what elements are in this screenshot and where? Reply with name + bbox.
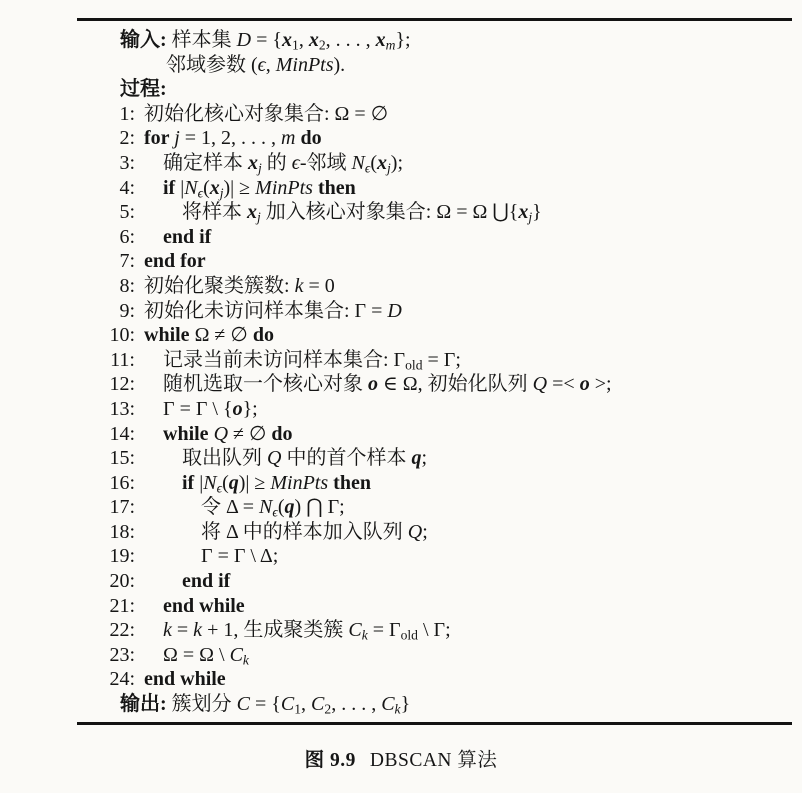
- text-segment: 邻域参数 (: [166, 54, 258, 76]
- line-content: 取出队列 Q 中的首个样本 q;: [144, 446, 427, 471]
- line-number: 16:: [77, 471, 144, 496]
- algo-row: 22:k = k + 1, 生成聚类簇 Ck = Γold \ Γ;: [77, 618, 792, 643]
- line-content: while Ω ≠ ∅ do: [144, 323, 274, 348]
- text-segment: 将 Δ 中的样本加入队列: [201, 521, 408, 543]
- line-number: 8:: [77, 274, 144, 299]
- text-segment: o: [580, 373, 590, 395]
- text-segment: C: [237, 693, 250, 715]
- text-segment: k: [243, 652, 249, 667]
- text-segment: D: [237, 29, 251, 51]
- text-segment: if: [182, 472, 199, 494]
- text-segment: q: [411, 447, 421, 469]
- algo-row: 10:while Ω ≠ ∅ do: [77, 323, 792, 348]
- text-segment: 输入:: [120, 29, 172, 51]
- algo-row: 19:Γ = Γ \ Δ;: [77, 544, 792, 569]
- text-segment: do: [295, 127, 321, 149]
- line-content: 邻域参数 (ϵ, MinPts).: [77, 53, 345, 78]
- text-segment: ).: [334, 54, 346, 76]
- text-segment: do: [271, 423, 292, 445]
- text-segment: MinPts: [276, 54, 334, 76]
- text-segment: ,: [299, 29, 309, 51]
- line-content: 随机选取一个核心对象 o ∈ Ω, 初始化队列 Q =< o >;: [144, 372, 612, 397]
- line-number: 20:: [77, 569, 144, 594]
- text-segment: N: [203, 472, 216, 494]
- algo-row: 输入: 样本集 D = {x1, x2, . . . , xm};: [77, 28, 792, 53]
- text-segment: ) ⋂ Γ;: [295, 496, 345, 518]
- text-segment: N: [184, 177, 197, 199]
- text-segment: = 0: [303, 275, 334, 297]
- text-segment: do: [253, 324, 274, 346]
- algo-row: 过程:: [77, 77, 792, 102]
- line-number: 11:: [77, 348, 144, 373]
- algo-row: 5:将样本 xj 加入核心对象集合: Ω = Ω ⋃{xj}: [77, 200, 792, 225]
- algo-row: 12:随机选取一个核心对象 o ∈ Ω, 初始化队列 Q =< o >;: [77, 372, 792, 397]
- text-segment: ϵ: [292, 152, 300, 174]
- line-number: 6:: [77, 225, 144, 250]
- line-number: 7:: [77, 249, 144, 274]
- text-segment: + 1, 生成聚类簇: [202, 619, 348, 641]
- text-segment: then: [328, 472, 371, 494]
- text-segment: \ Γ;: [418, 619, 451, 641]
- text-segment: m: [386, 37, 396, 52]
- text-segment: = Γ: [368, 619, 401, 641]
- algo-row: 输出: 簇划分 C = {C1, C2, . . . , Ck}: [77, 692, 792, 717]
- text-segment: ≠ ∅: [228, 423, 271, 445]
- text-segment: C: [348, 619, 361, 641]
- text-segment: ,: [266, 54, 276, 76]
- text-segment: 加入核心对象集合: Ω = Ω ⋃{: [261, 201, 519, 223]
- text-segment: x: [248, 152, 258, 174]
- text-segment: q: [229, 472, 239, 494]
- text-segment: Q: [267, 447, 281, 469]
- text-segment: 2: [319, 37, 326, 52]
- line-content: 将 Δ 中的样本加入队列 Q;: [144, 520, 428, 545]
- line-number: 17:: [77, 495, 144, 520]
- text-segment: N: [259, 496, 272, 518]
- text-segment: Ω = Ω \: [163, 644, 230, 666]
- line-number: 9:: [77, 299, 144, 324]
- text-segment: end for: [144, 250, 206, 272]
- text-segment: x: [377, 152, 387, 174]
- algo-row: 11:记录当前未访问样本集合: Γold = Γ;: [77, 348, 792, 373]
- text-segment: (: [203, 177, 210, 199]
- text-segment: end while: [144, 668, 226, 690]
- text-segment: 初始化未访问样本集合: Γ =: [144, 300, 387, 322]
- text-segment: = 1, 2, . . . ,: [180, 127, 281, 149]
- text-segment: Q: [533, 373, 547, 395]
- text-segment: = Γ;: [423, 349, 461, 371]
- text-segment: if: [163, 177, 180, 199]
- line-number: 23:: [77, 643, 144, 668]
- text-segment: (: [278, 496, 285, 518]
- text-segment: 的: [262, 152, 292, 174]
- figure-title: DBSCAN 算法: [370, 750, 497, 771]
- text-segment: );: [391, 152, 403, 174]
- text-segment: end if: [163, 226, 211, 248]
- algo-row: 8:初始化聚类簇数: k = 0: [77, 274, 792, 299]
- algo-row: 21:end while: [77, 594, 792, 619]
- text-segment: =: [172, 619, 193, 641]
- text-segment: Γ = Γ \ {: [163, 398, 233, 420]
- line-number: 1:: [77, 102, 144, 127]
- text-segment: 样本集: [172, 29, 237, 51]
- text-segment: end if: [182, 570, 230, 592]
- text-segment: end while: [163, 595, 245, 617]
- algo-row: 18:将 Δ 中的样本加入队列 Q;: [77, 520, 792, 545]
- text-segment: (: [222, 472, 229, 494]
- algo-row: 15:取出队列 Q 中的首个样本 q;: [77, 446, 792, 471]
- line-number: 2:: [77, 126, 144, 151]
- algo-row: 24:end while: [77, 667, 792, 692]
- text-segment: o: [368, 373, 378, 395]
- line-content: end while: [144, 667, 226, 692]
- line-content: end if: [144, 225, 211, 250]
- text-segment: ;: [422, 521, 428, 543]
- algo-row: 邻域参数 (ϵ, MinPts).: [77, 53, 792, 78]
- text-segment: for: [144, 127, 174, 149]
- text-segment: 记录当前未访问样本集合: Γ: [163, 349, 405, 371]
- text-segment: x: [282, 29, 292, 51]
- text-segment: 随机选取一个核心对象: [163, 373, 368, 395]
- line-content: for j = 1, 2, . . . , m do: [144, 126, 322, 151]
- figure-number: 图 9.9: [305, 750, 356, 771]
- text-segment: old: [405, 357, 422, 372]
- text-segment: C: [381, 693, 394, 715]
- line-content: 初始化聚类簇数: k = 0: [144, 274, 335, 299]
- line-number: 4:: [77, 176, 144, 201]
- algo-row: 3:确定样本 xj 的 ϵ-邻域 Nϵ(xj);: [77, 151, 792, 176]
- text-segment: , . . . ,: [326, 29, 376, 51]
- text-segment: ϵ: [258, 54, 266, 76]
- line-content: Γ = Γ \ {o};: [144, 397, 258, 422]
- line-content: end while: [144, 594, 245, 619]
- text-segment: C: [281, 693, 294, 715]
- text-segment: old: [401, 628, 418, 643]
- text-segment: k: [163, 619, 172, 641]
- text-segment: x: [518, 201, 528, 223]
- line-number: 14:: [77, 422, 144, 447]
- text-segment: C: [230, 644, 243, 666]
- line-content: 过程:: [77, 77, 167, 102]
- algo-row: 7:end for: [77, 249, 792, 274]
- text-segment: )| ≥: [224, 177, 256, 199]
- line-content: 初始化未访问样本集合: Γ = D: [144, 299, 402, 324]
- algo-row: 16:if |Nϵ(q)| ≥ MinPts then: [77, 471, 792, 496]
- text-segment: 簇划分: [172, 693, 237, 715]
- algorithm-rows: 输入: 样本集 D = {x1, x2, . . . , xm};邻域参数 (ϵ…: [77, 28, 792, 717]
- text-segment: o: [233, 398, 243, 420]
- text-segment: x: [210, 177, 220, 199]
- text-segment: MinPts: [255, 177, 313, 199]
- line-number: 15:: [77, 446, 144, 471]
- line-content: Γ = Γ \ Δ;: [144, 544, 278, 569]
- text-segment: MinPts: [270, 472, 328, 494]
- text-segment: 输出:: [120, 693, 172, 715]
- algo-row: 20:end if: [77, 569, 792, 594]
- algo-row: 13:Γ = Γ \ {o};: [77, 397, 792, 422]
- text-segment: k: [193, 619, 202, 641]
- algo-row: 17:令 Δ = Nϵ(q) ⋂ Γ;: [77, 495, 792, 520]
- text-segment: ;: [421, 447, 427, 469]
- figure-caption: 图 9.9DBSCAN 算法: [0, 744, 802, 772]
- text-segment: 确定样本: [163, 152, 248, 174]
- text-segment: then: [313, 177, 356, 199]
- text-segment: while: [163, 423, 214, 445]
- line-number: 19:: [77, 544, 144, 569]
- line-content: 初始化核心对象集合: Ω = ∅: [144, 102, 388, 127]
- text-segment: )| ≥: [239, 472, 271, 494]
- text-segment: 取出队列: [182, 447, 267, 469]
- algorithm-box: 输入: 样本集 D = {x1, x2, . . . , xm};邻域参数 (ϵ…: [77, 18, 792, 725]
- text-segment: = {: [250, 693, 281, 715]
- top-rule: [77, 18, 792, 21]
- text-segment: N: [352, 152, 365, 174]
- line-content: while Q ≠ ∅ do: [144, 422, 293, 447]
- text-segment: 1: [292, 37, 299, 52]
- algo-row: 9:初始化未访问样本集合: Γ = D: [77, 299, 792, 324]
- text-segment: Ω ≠ ∅: [195, 324, 253, 346]
- text-segment: };: [243, 398, 258, 420]
- text-segment: m: [281, 127, 295, 149]
- text-segment: ∈ Ω, 初始化队列: [378, 373, 533, 395]
- scanned-page: 输入: 样本集 D = {x1, x2, . . . , xm};邻域参数 (ϵ…: [0, 0, 802, 793]
- algo-row: 4:if |Nϵ(xj)| ≥ MinPts then: [77, 176, 792, 201]
- line-content: 输出: 簇划分 C = {C1, C2, . . . , Ck}: [77, 692, 410, 722]
- text-segment: x: [247, 201, 257, 223]
- text-segment: while: [144, 324, 195, 346]
- line-number: 21:: [77, 594, 144, 619]
- line-number: 3:: [77, 151, 144, 176]
- algo-row: 14:while Q ≠ ∅ do: [77, 422, 792, 447]
- bottom-rule: [77, 722, 792, 725]
- text-segment: , . . . ,: [331, 693, 381, 715]
- text-segment: Γ = Γ \ Δ;: [201, 545, 278, 567]
- text-segment: 过程:: [120, 78, 167, 100]
- text-segment: 令 Δ =: [201, 496, 259, 518]
- text-segment: x: [309, 29, 319, 51]
- text-segment: q: [285, 496, 295, 518]
- line-number: 13:: [77, 397, 144, 422]
- line-number: 18:: [77, 520, 144, 545]
- line-number: 5:: [77, 200, 144, 225]
- line-number: 12:: [77, 372, 144, 397]
- text-segment: >;: [590, 373, 612, 395]
- text-segment: x: [376, 29, 386, 51]
- algo-row: 2:for j = 1, 2, . . . , m do: [77, 126, 792, 151]
- text-segment: C: [311, 693, 324, 715]
- text-segment: -邻域: [300, 152, 352, 174]
- text-segment: D: [387, 300, 401, 322]
- text-segment: =<: [547, 373, 580, 395]
- text-segment: 初始化核心对象集合: Ω = ∅: [144, 103, 388, 125]
- text-segment: = {: [251, 29, 282, 51]
- text-segment: Q: [214, 423, 228, 445]
- text-segment: (: [370, 152, 377, 174]
- line-number: 10:: [77, 323, 144, 348]
- text-segment: };: [395, 29, 410, 51]
- algo-row: 1:初始化核心对象集合: Ω = ∅: [77, 102, 792, 127]
- text-segment: }: [401, 693, 411, 715]
- line-number: 24:: [77, 667, 144, 692]
- text-segment: ,: [301, 693, 311, 715]
- text-segment: 中的首个样本: [281, 447, 411, 469]
- line-number: 22:: [77, 618, 144, 643]
- line-content: end for: [144, 249, 206, 274]
- line-content: end if: [144, 569, 230, 594]
- text-segment: 将样本: [182, 201, 247, 223]
- text-segment: Q: [408, 521, 422, 543]
- text-segment: 初始化聚类簇数:: [144, 275, 295, 297]
- text-segment: }: [532, 201, 542, 223]
